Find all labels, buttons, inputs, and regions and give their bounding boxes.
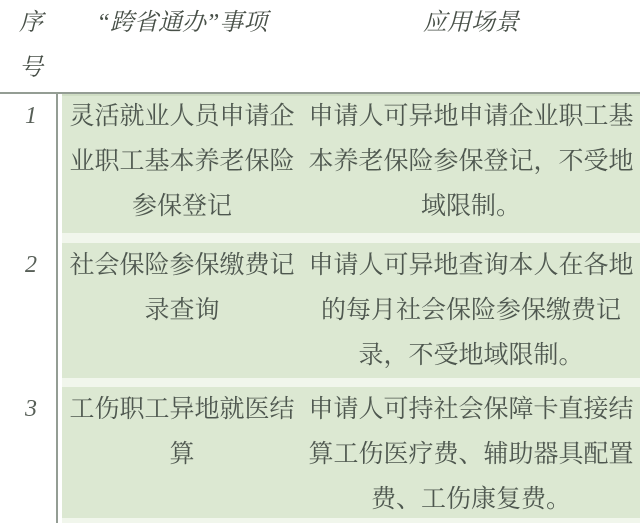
scenario-cell: 申请人可持社会保障卡直接结 算工伤医疗费、辅助器具配置 费、工伤康复费。: [302, 387, 640, 522]
scenario-cell: 申请人可异地申请企业职工基 本养老保险参保登记，不受地 域限制。: [302, 94, 640, 233]
row-gap: [0, 518, 640, 523]
item-cell: 工伤职工异地就医结 算: [62, 387, 302, 522]
table-row: 2 社会保险参保缴费记 录查询 申请人可异地查询本人在各地 的每月社会保险参保缴…: [0, 243, 640, 378]
header-cell-index: 序 号: [0, 0, 62, 92]
item-cell: 社会保险参保缴费记 录查询: [62, 243, 302, 378]
scenario-cell: 申请人可异地查询本人在各地 的每月社会保险参保缴费记 录，不受地域限制。: [302, 243, 640, 378]
row-gap: [0, 378, 640, 387]
row-gap: [0, 233, 640, 243]
header-cell-item: “跨省通办”事项: [62, 0, 302, 92]
row-number-cell: 2: [0, 243, 62, 378]
cross-province-services-table: 序 号 “跨省通办”事项 应用场景 1 灵活就业人员申请企 业职工基本养老保险 …: [0, 0, 640, 523]
row-number-cell: 3: [0, 387, 62, 522]
table-row: 1 灵活就业人员申请企 业职工基本养老保险 参保登记 申请人可异地申请企业职工基…: [0, 94, 640, 233]
table-header-row: 序 号 “跨省通办”事项 应用场景: [0, 0, 640, 92]
header-cell-scenario: 应用场景: [302, 0, 640, 92]
table-body: 1 灵活就业人员申请企 业职工基本养老保险 参保登记 申请人可异地申请企业职工基…: [0, 94, 640, 523]
table-row: 3 工伤职工异地就医结 算 申请人可持社会保障卡直接结 算工伤医疗费、辅助器具配…: [0, 387, 640, 518]
row-number-cell: 1: [0, 94, 62, 233]
column-divider-line: [56, 94, 58, 523]
item-cell: 灵活就业人员申请企 业职工基本养老保险 参保登记: [62, 94, 302, 233]
